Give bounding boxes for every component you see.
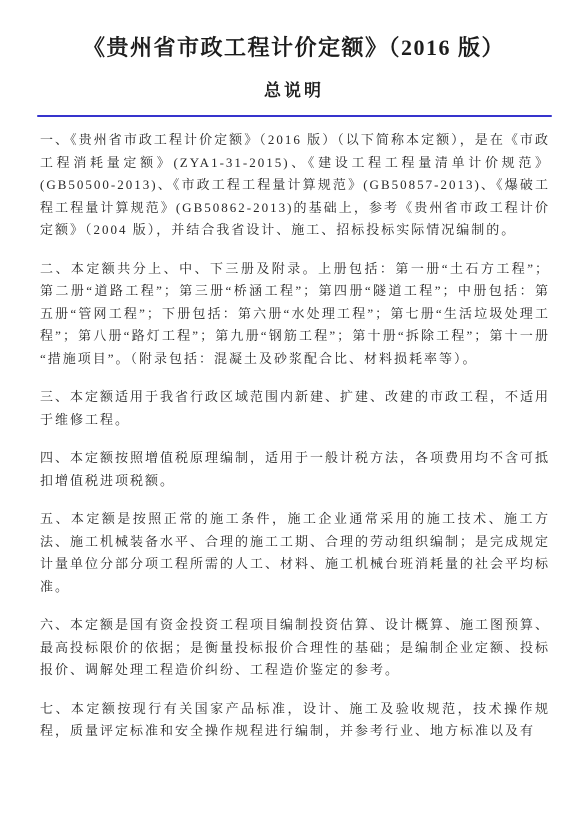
section-title: 总说明 [0,80,588,102]
paragraph-3: 三、本定额适用于我省行政区域范围内新建、扩建、改建的市政工程，不适用于维修工程。 [40,386,550,431]
paragraph-5: 五、本定额是按照正常的施工条件，施工企业通常采用的施工技术、施工方法、施工机械装… [40,508,550,598]
document-page: 《贵州省市政工程计价定额》（2016 版） 总说明 一、《贵州省市政工程计价定额… [0,0,588,831]
document-title: 《贵州省市政工程计价定额》（2016 版） [20,33,568,63]
paragraph-7: 七、本定额按现行有关国家产品标准，设计、施工及验收规范，技术操作规程，质量评定标… [40,698,550,743]
paragraph-1: 一、《贵州省市政工程计价定额》（2016 版）（以下简称本定额），是在《市政工程… [40,129,550,242]
document-body: 一、《贵州省市政工程计价定额》（2016 版）（以下简称本定额），是在《市政工程… [0,117,588,743]
paragraph-2: 二、本定额共分上、中、下三册及附录。上册包括：第一册“土石方工程”；第二册“道路… [40,258,550,371]
paragraph-4: 四、本定额按照增值税原理编制，适用于一般计税方法，各项费用均不含可抵扣增值税进项… [40,447,550,492]
paragraph-6: 六、本定额是国有资金投资工程项目编制投资估算、设计概算、施工图预算、最高投标限价… [40,614,550,682]
